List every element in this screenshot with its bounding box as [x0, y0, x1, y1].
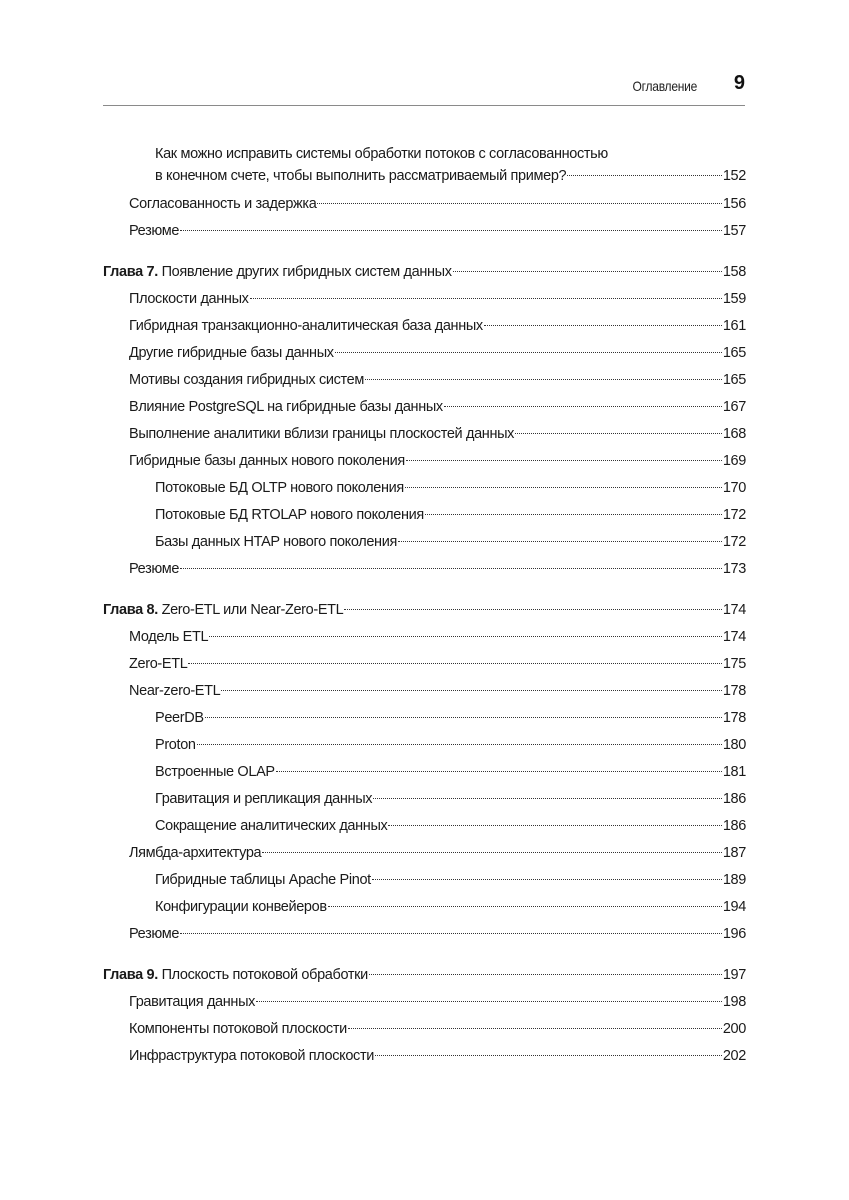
toc-entry-title: Конфигурации конвейеров	[155, 894, 327, 921]
toc-entry-title: Глава 8. Zero-ETL или Near-Zero-ETL	[103, 597, 343, 624]
toc-entry-text: Лямбда-архитектура	[129, 845, 261, 861]
toc-entry-title: Модель ETL	[129, 624, 208, 651]
dot-leader	[365, 378, 722, 380]
dot-leader	[484, 324, 722, 326]
toc-entry-line2: в конечном счете, чтобы выполнить рассма…	[103, 165, 746, 187]
toc-entry[interactable]: Гибридные таблицы Apache Pinot189	[103, 867, 746, 894]
toc-entry-text: Потоковые БД RTOLAP нового поколения	[155, 507, 424, 523]
dot-leader	[335, 351, 722, 353]
dot-leader	[405, 486, 722, 488]
toc-entry-title: Proton	[155, 732, 196, 759]
toc-entry-title: Резюме	[129, 218, 179, 245]
toc-entry[interactable]: PeerDB178	[103, 705, 746, 732]
toc-entry[interactable]: Потоковые БД RTOLAP нового поколения172	[103, 502, 746, 529]
toc-entry-title: Плоскости данных	[129, 286, 249, 313]
toc-entry[interactable]: Потоковые БД OLTP нового поколения170	[103, 475, 746, 502]
toc-entry[interactable]: Гравитация данных198	[103, 989, 746, 1016]
running-header: Оглавление 9	[103, 72, 745, 106]
toc-entry-page: 202	[723, 1043, 746, 1070]
toc-entry[interactable]: Мотивы создания гибридных систем165	[103, 367, 746, 394]
toc-entry-page: 187	[723, 840, 746, 867]
toc-entry-text: Гибридная транзакционно-аналитическая ба…	[129, 318, 483, 334]
toc-entry-text: Появление других гибридных систем данных	[158, 264, 452, 280]
toc-entry-text: Компоненты потоковой плоскости	[129, 1021, 347, 1037]
toc-entry-text: Near-zero-ETL	[129, 683, 220, 699]
toc-entry-page: 172	[723, 529, 746, 556]
toc-entry-title: Выполнение аналитики вблизи границы плос…	[129, 421, 514, 448]
toc-entry-page: 157	[723, 218, 746, 245]
dot-leader	[515, 432, 722, 434]
toc-entry[interactable]: Гибридные базы данных нового поколения16…	[103, 448, 746, 475]
toc-entry-title: Другие гибридные базы данных	[129, 340, 334, 367]
toc-entry-page: 200	[723, 1016, 746, 1043]
dot-leader	[221, 689, 722, 691]
toc-entry-page: 186	[723, 786, 746, 813]
toc-entry[interactable]: Резюме157	[103, 218, 746, 245]
toc-entry-text: Резюме	[129, 561, 179, 577]
toc-entry-text: Плоскости данных	[129, 291, 249, 307]
dot-leader	[369, 973, 722, 975]
toc-chapter-entry[interactable]: Глава 9. Плоскость потоковой обработки19…	[103, 962, 746, 989]
toc-entry-page: 198	[723, 989, 746, 1016]
toc-entry-text: Резюме	[129, 223, 179, 239]
toc-entry[interactable]: Компоненты потоковой плоскости200	[103, 1016, 746, 1043]
toc-entry-title: Инфраструктура потоковой плоскости	[129, 1043, 374, 1070]
toc-entry-text: Резюме	[129, 926, 179, 942]
toc-entry[interactable]: Proton180	[103, 732, 746, 759]
toc-entry-list: Согласованность и задержка156Резюме157Гл…	[103, 191, 746, 1070]
toc-entry-page: 189	[723, 867, 746, 894]
toc-entry[interactable]: Конфигурации конвейеров194	[103, 894, 746, 921]
toc-entry-page: 165	[723, 367, 746, 394]
dot-leader	[567, 174, 722, 176]
dot-leader	[205, 716, 722, 718]
toc-entry[interactable]: Модель ETL174	[103, 624, 746, 651]
toc-entry-text: Proton	[155, 737, 196, 753]
toc-entry-title: Сокращение аналитических данных	[155, 813, 387, 840]
toc-entry-title-line2: в конечном счете, чтобы выполнить рассма…	[155, 165, 566, 187]
toc-entry-page: 196	[723, 921, 746, 948]
toc-entry-text: PeerDB	[155, 710, 204, 726]
toc-entry-page: 197	[723, 962, 746, 989]
toc-entry-title: Мотивы создания гибридных систем	[129, 367, 364, 394]
toc-entry-text: Гравитация данных	[129, 994, 255, 1010]
dot-leader	[328, 905, 722, 907]
toc-entry-page: 159	[723, 286, 746, 313]
chapter-label: Глава 7.	[103, 264, 158, 280]
toc-entry-page: 168	[723, 421, 746, 448]
dot-leader	[197, 743, 722, 745]
toc-entry-title: Near-zero-ETL	[129, 678, 220, 705]
running-header-title: Оглавление	[632, 78, 697, 94]
toc-entry-text: Конфигурации конвейеров	[155, 899, 327, 915]
chapter-label: Глава 8.	[103, 602, 158, 618]
toc-entry[interactable]: Плоскости данных159	[103, 286, 746, 313]
toc-entry-text: Потоковые БД OLTP нового поколения	[155, 480, 404, 496]
toc-entry-title: Резюме	[129, 556, 179, 583]
toc-entry[interactable]: Лямбда-архитектура187	[103, 840, 746, 867]
dot-leader	[256, 1000, 722, 1002]
toc-entry-title: Лямбда-архитектура	[129, 840, 261, 867]
toc-entry-title: Встроенные OLAP	[155, 759, 275, 786]
dot-leader	[348, 1027, 722, 1029]
chapter-label: Глава 9.	[103, 967, 158, 983]
dot-leader	[276, 770, 722, 772]
toc-entry-text: Сокращение аналитических данных	[155, 818, 387, 834]
dot-leader	[373, 797, 722, 799]
toc-entry-text: Модель ETL	[129, 629, 208, 645]
toc-entry-title: Резюме	[129, 921, 179, 948]
dot-leader	[388, 824, 721, 826]
toc-entry-page: 181	[723, 759, 746, 786]
dot-leader	[180, 567, 722, 569]
toc-entry-page: 175	[723, 651, 746, 678]
toc-entry-page: 158	[723, 259, 746, 286]
toc-entry-page: 174	[723, 597, 746, 624]
toc-entry[interactable]: Резюме196	[103, 921, 746, 948]
toc-entry-title: Глава 9. Плоскость потоковой обработки	[103, 962, 368, 989]
toc-entry-page: 161	[723, 313, 746, 340]
toc-entry-page: 174	[723, 624, 746, 651]
dot-leader	[444, 405, 722, 407]
toc-entry[interactable]: Zero-ETL175	[103, 651, 746, 678]
toc-entry[interactable]: Гравитация и репликация данных186	[103, 786, 746, 813]
dot-leader	[453, 270, 722, 272]
toc-entry-continued[interactable]: Как можно исправить системы обработки по…	[103, 143, 746, 191]
page-number: 9	[734, 72, 745, 95]
toc-chapter-entry[interactable]: Глава 7. Появление других гибридных сист…	[103, 259, 746, 286]
toc-entry-text: Другие гибридные базы данных	[129, 345, 334, 361]
toc-entry-page: 178	[723, 705, 746, 732]
toc-entry-title: Гибридные таблицы Apache Pinot	[155, 867, 371, 894]
toc-entry-title: Гибридная транзакционно-аналитическая ба…	[129, 313, 483, 340]
toc-entry-title: Потоковые БД OLTP нового поколения	[155, 475, 404, 502]
toc-entry-text: Инфраструктура потоковой плоскости	[129, 1048, 374, 1064]
toc-entry-title: Гравитация данных	[129, 989, 255, 1016]
toc-entry-page: 167	[723, 394, 746, 421]
toc-entry[interactable]: Влияние PostgreSQL на гибридные базы дан…	[103, 394, 746, 421]
toc-entry-page: 194	[723, 894, 746, 921]
toc-entry-text: Плоскость потоковой обработки	[158, 967, 368, 983]
dot-leader	[425, 513, 722, 515]
toc-entry[interactable]: Сокращение аналитических данных186	[103, 813, 746, 840]
toc-entry-page: 165	[723, 340, 746, 367]
toc-entry-page: 186	[723, 813, 746, 840]
dot-leader	[317, 202, 721, 204]
toc-entry-title: PeerDB	[155, 705, 204, 732]
toc-entry-title: Гибридные базы данных нового поколения	[129, 448, 405, 475]
toc-entry[interactable]: Выполнение аналитики вблизи границы плос…	[103, 421, 746, 448]
toc-entry-page: 169	[723, 448, 746, 475]
toc-chapter-entry[interactable]: Глава 8. Zero-ETL или Near-Zero-ETL174	[103, 597, 746, 624]
toc-entry-page: 152	[723, 165, 746, 187]
toc-entry-text: Zero-ETL или Near-Zero-ETL	[158, 602, 344, 618]
dot-leader	[180, 229, 722, 231]
toc-entry-page: 180	[723, 732, 746, 759]
dot-leader	[180, 932, 722, 934]
toc-entry-title: Гравитация и репликация данных	[155, 786, 372, 813]
toc-entry-title: Глава 7. Появление других гибридных сист…	[103, 259, 452, 286]
toc-entry-title: Компоненты потоковой плоскости	[129, 1016, 347, 1043]
dot-leader	[375, 1054, 722, 1056]
toc-entry[interactable]: Near-zero-ETL178	[103, 678, 746, 705]
toc-entry[interactable]: Согласованность и задержка156	[103, 191, 746, 218]
dot-leader	[209, 635, 722, 637]
toc-entry[interactable]: Базы данных HTAP нового поколения172	[103, 529, 746, 556]
dot-leader	[398, 540, 722, 542]
toc-entry-text: Гибридные базы данных нового поколения	[129, 453, 405, 469]
toc-entry-text: Гибридные таблицы Apache Pinot	[155, 872, 371, 888]
toc-entry-text: Согласованность и задержка	[129, 196, 316, 212]
toc-entry-text: Выполнение аналитики вблизи границы плос…	[129, 426, 514, 442]
dot-leader	[188, 662, 721, 664]
toc-entry-title: Согласованность и задержка	[129, 191, 316, 218]
toc-entry-title: Zero-ETL	[129, 651, 187, 678]
toc-entry-text: Базы данных HTAP нового поколения	[155, 534, 397, 550]
toc-entry-title: Потоковые БД RTOLAP нового поколения	[155, 502, 424, 529]
toc-entry[interactable]: Другие гибридные базы данных165	[103, 340, 746, 367]
dot-leader	[250, 297, 722, 299]
toc-entry-page: 156	[723, 191, 746, 218]
toc-entry[interactable]: Гибридная транзакционно-аналитическая ба…	[103, 313, 746, 340]
table-of-contents: Как можно исправить системы обработки по…	[103, 143, 746, 1070]
dot-leader	[344, 608, 721, 610]
toc-entry-title: Влияние PostgreSQL на гибридные базы дан…	[129, 394, 443, 421]
dot-leader	[372, 878, 722, 880]
toc-entry-title-line1: Как можно исправить системы обработки по…	[103, 143, 746, 165]
toc-entry-page: 173	[723, 556, 746, 583]
toc-entry-page: 172	[723, 502, 746, 529]
toc-entry-text: Встроенные OLAP	[155, 764, 275, 780]
dot-leader	[406, 459, 722, 461]
toc-entry-title: Базы данных HTAP нового поколения	[155, 529, 397, 556]
toc-entry-text: Гравитация и репликация данных	[155, 791, 372, 807]
toc-entry-text: Мотивы создания гибридных систем	[129, 372, 364, 388]
toc-entry[interactable]: Резюме173	[103, 556, 746, 583]
toc-entry-text: Zero-ETL	[129, 656, 187, 672]
toc-entry-page: 178	[723, 678, 746, 705]
toc-entry-page: 170	[723, 475, 746, 502]
toc-entry-text: Влияние PostgreSQL на гибридные базы дан…	[129, 399, 443, 415]
toc-entry[interactable]: Встроенные OLAP181	[103, 759, 746, 786]
dot-leader	[262, 851, 722, 853]
toc-entry[interactable]: Инфраструктура потоковой плоскости202	[103, 1043, 746, 1070]
